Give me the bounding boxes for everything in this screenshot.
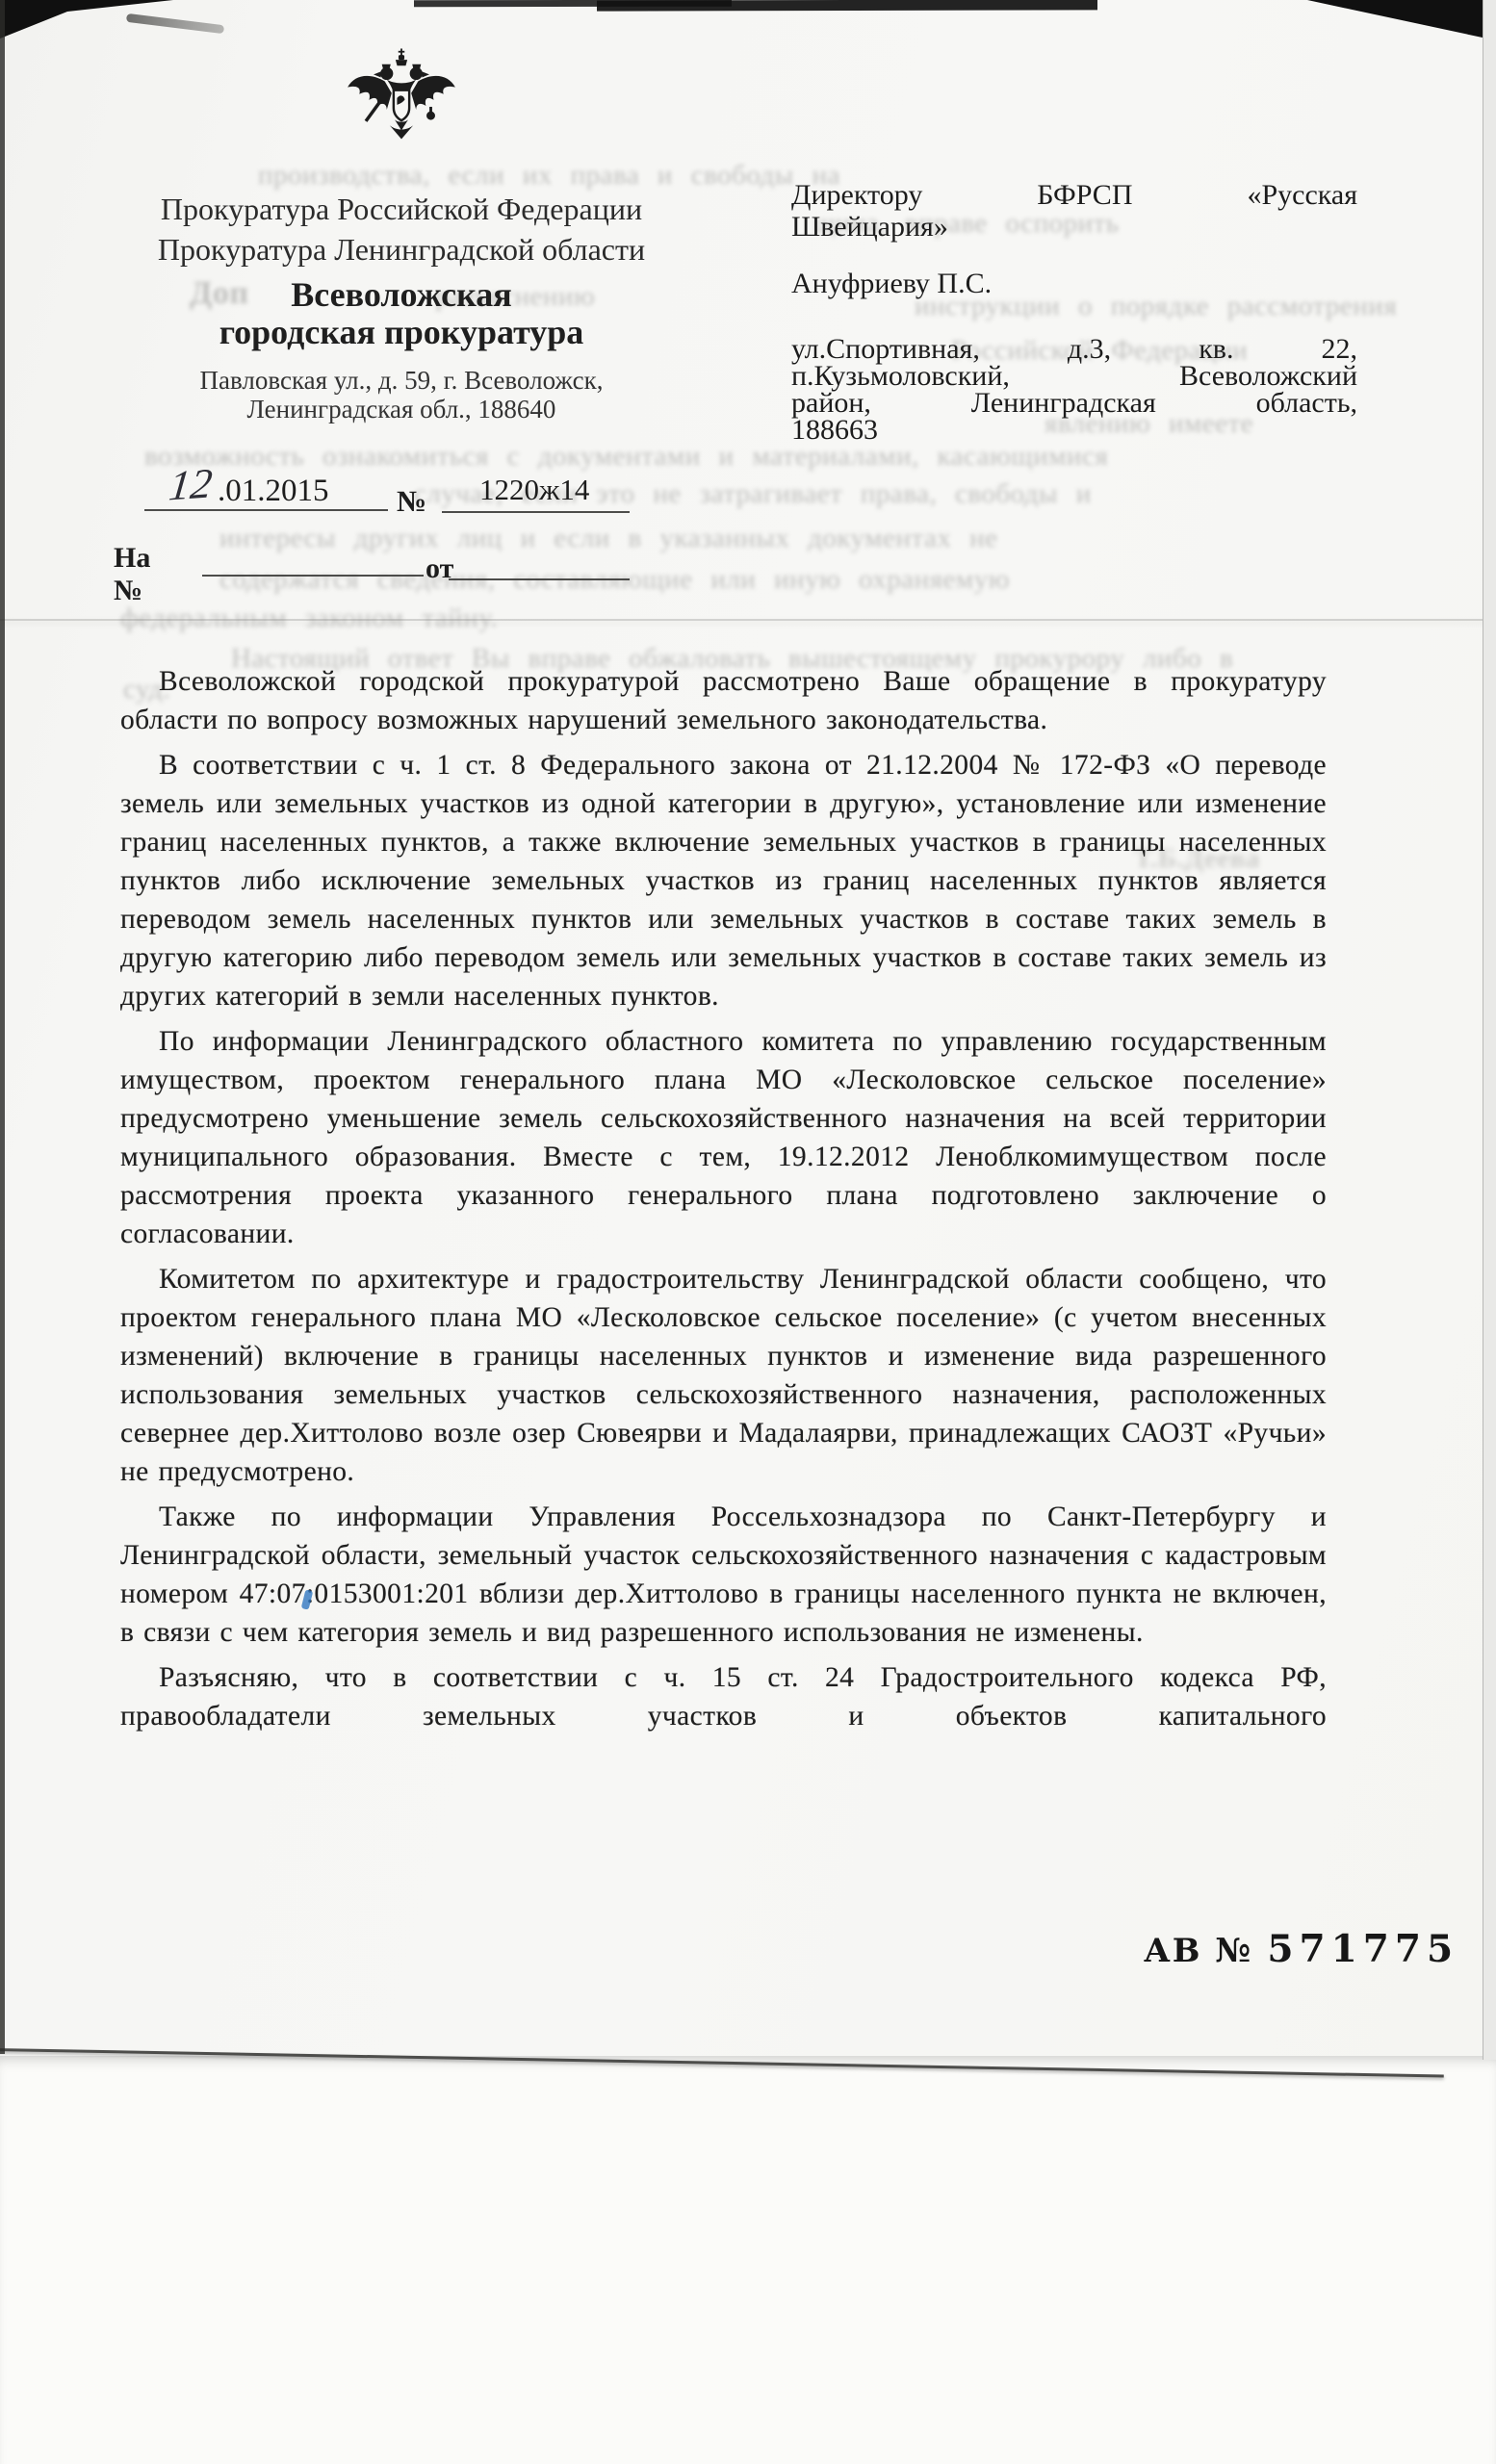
- reply-date-underline: [449, 578, 630, 580]
- outgoing-number: 1220ж14: [479, 473, 589, 507]
- letter-body: Всеволожской городской прокуратурой расс…: [120, 662, 1327, 1935]
- form-serial-prefix: АВ №: [1144, 1932, 1252, 1970]
- form-serial-number: 571775: [1267, 1927, 1458, 1971]
- scanned-letter: производства, если их права и свободы на…: [0, 0, 1496, 2464]
- form-serial: АВ № 571775: [1144, 1927, 1458, 1971]
- recipient-block: Директору БФРСП «Русская Швейцария» Ануф…: [791, 179, 1357, 444]
- number-sign-label: №: [397, 484, 426, 519]
- date-underline: [144, 509, 388, 511]
- reply-to-number-label: На №: [114, 542, 150, 607]
- org-federation-line: Прокуратура Российской Федерации: [106, 189, 697, 229]
- org-address-line2: Ленинградская обл., 188640: [106, 395, 697, 423]
- recipient-address-line1: ул.Спортивная, д.3, кв. 22,: [791, 336, 1357, 363]
- letterhead: Прокуратура Российской Федерации Прокура…: [106, 189, 697, 423]
- recipient-title-line2: Швейцария»: [791, 211, 1357, 243]
- org-name-line1: Всеволожская: [106, 276, 697, 314]
- recipient-title-line1: Директору БФРСП «Русская: [791, 179, 1357, 211]
- body-paragraph: По информации Ленинградского областного …: [120, 1022, 1327, 1253]
- handwritten-day: 12: [167, 459, 215, 511]
- recipient-address-line3: район, Ленинградская область,: [791, 390, 1357, 417]
- recipient-postal-code: 188663: [791, 417, 1357, 444]
- org-address-line1: Павловская ул., д. 59, г. Всеволожск,: [106, 366, 697, 395]
- number-underline: [442, 511, 630, 513]
- letter-content: Прокуратура Российской Федерации Прокура…: [0, 0, 1496, 2062]
- body-paragraph: Всеволожской городской прокуратурой расс…: [120, 662, 1327, 739]
- recipient-name: Ануфриеву П.С.: [791, 268, 1357, 299]
- org-name-line2: городская прокуратура: [106, 314, 697, 351]
- coat-of-arms-icon: [343, 46, 460, 171]
- body-paragraph: Также по информации Управления Россельхо…: [120, 1498, 1327, 1652]
- letter-date: .01.2015: [218, 474, 329, 509]
- org-region-line: Прокуратура Ленинградской области: [106, 229, 697, 269]
- body-paragraph: В соответствии с ч. 1 ст. 8 Федерального…: [120, 746, 1327, 1015]
- recipient-address-line2: п.Кузьмоловский, Всеволожский: [791, 363, 1357, 390]
- letter-sheet: производства, если их права и свободы на…: [0, 0, 1496, 2062]
- reply-number-underline: [202, 575, 424, 577]
- underlying-sheet: [0, 2056, 1496, 2464]
- recipient-address: ул.Спортивная, д.3, кв. 22, п.Кузьмоловс…: [791, 336, 1357, 444]
- body-paragraph: Комитетом по архитектуре и градостроител…: [120, 1260, 1327, 1491]
- body-paragraph: Разъясняю, что в соответствии с ч. 15 ст…: [120, 1658, 1327, 1735]
